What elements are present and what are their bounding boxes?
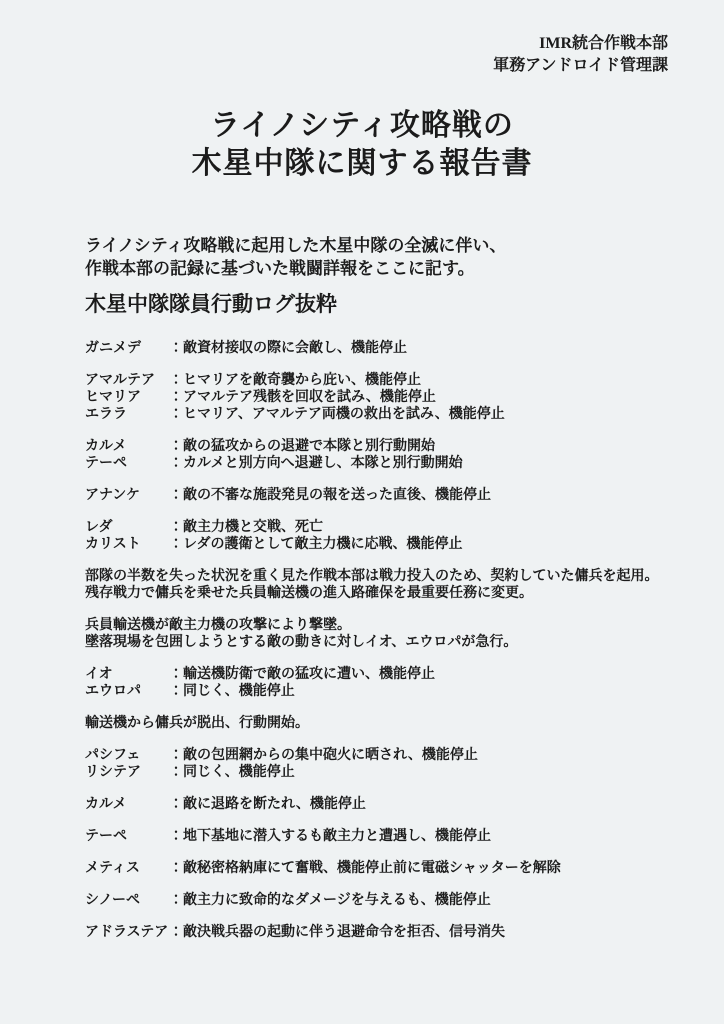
narrative-paragraph: 兵員輸送機が敵主力機の攻撃により撃墜。 墜落現場を包囲しようとする敵の動きに対し… [85,617,675,651]
narrative-paragraph: 部隊の半数を失った状況を重く見た作戦本部は戦力投入のため、契約していた傭兵を起用… [85,568,675,602]
unit-name: イオ [85,666,169,683]
log-group: メティス：敵秘密格納庫にて奮戦、機能停止前に電磁シャッターを解除 [85,860,675,877]
log-entry: レダ：敵主力機と交戦、死亡 [85,519,675,536]
page-title-line1: ライノシティ攻略戦の [0,107,724,145]
page-title: ライノシティ攻略戦の 木星中隊に関する報告書 [0,107,724,183]
narrative-paragraph: 輸送機から傭兵が脱出、行動開始。 [85,715,675,732]
log-entry: アナンケ：敵の不審な施設発見の報を送った直後、機能停止 [85,487,675,504]
unit-status: ：カルメと別方向へ退避し、本隊と別行動開始 [169,455,463,472]
unit-name: リシテア [85,764,169,781]
log-entry: カリスト：レダの護衛として敵主力機に応戦、機能停止 [85,536,675,553]
log-entry: イオ：輸送機防衛で敵の猛攻に遭い、機能停止 [85,666,675,683]
log-group: テーペ：地下基地に潜入するも敵主力と遭遇し、機能停止 [85,828,675,845]
log-entry: ヒマリア：アマルテア残骸を回収を試み、機能停止 [85,389,675,406]
log-entry: テーペ：地下基地に潜入するも敵主力と遭遇し、機能停止 [85,828,675,845]
log-entry: アドラステア：敵決戦兵器の起動に伴う退避命令を拒否、信号消失 [85,924,675,941]
paragraph-line: 部隊の半数を失った状況を重く見た作戦本部は戦力投入のため、契約していた傭兵を起用… [85,568,675,585]
log-entry: パシフェ：敵の包囲網からの集中砲火に晒され、機能停止 [85,747,675,764]
paragraph-line: 兵員輸送機が敵主力機の攻撃により撃墜。 [85,617,675,634]
paragraph-line: 墜落現場を包囲しようとする敵の動きに対しイオ、エウロパが急行。 [85,634,675,651]
unit-status: ：敵主力機と交戦、死亡 [169,519,323,536]
unit-status: ：地下基地に潜入するも敵主力と遭遇し、機能停止 [169,828,491,845]
unit-status: ：敵の不審な施設発見の報を送った直後、機能停止 [169,487,491,504]
unit-name: シノーペ [85,892,169,909]
unit-name: アドラステア [85,924,169,941]
paragraph-line: 残存戦力で傭兵を乗せた兵員輸送機の進入路確保を最重要任務に変更。 [85,585,675,602]
log-content: ガニメデ：敵資材接収の際に会敵し、機能停止 アマルテア：ヒマリアを敵奇襲から庇い… [85,340,675,941]
unit-name: ガニメデ [85,340,169,357]
log-group: イオ：輸送機防衛で敵の猛攻に遭い、機能停止 エウロパ：同じく、機能停止 [85,666,675,700]
unit-status: ：敵の包囲網からの集中砲火に晒され、機能停止 [169,747,478,764]
section-heading: 木星中隊隊員行動ログ抜粋 [85,290,337,318]
page-title-line2: 木星中隊に関する報告書 [0,145,724,183]
org-name: IMR統合作戦本部 [493,33,668,55]
intro-paragraph: ライノシティ攻略戦に起用した木星中隊の全滅に伴い、 作戦本部の記録に基づいた戦闘… [85,234,506,280]
log-entry: メティス：敵秘密格納庫にて奮戦、機能停止前に電磁シャッターを解除 [85,860,675,877]
log-group: レダ：敵主力機と交戦、死亡 カリスト：レダの護衛として敵主力機に応戦、機能停止 [85,519,675,553]
log-group: シノーペ：敵主力に致命的なダメージを与えるも、機能停止 [85,892,675,909]
unit-name: ヒマリア [85,389,169,406]
log-group: アドラステア：敵決戦兵器の起動に伴う退避命令を拒否、信号消失 [85,924,675,941]
log-group: アナンケ：敵の不審な施設発見の報を送った直後、機能停止 [85,487,675,504]
intro-line2: 作戦本部の記録に基づいた戦闘詳報をここに記す。 [85,257,506,280]
log-group: カルメ：敵に退路を断たれ、機能停止 [85,796,675,813]
intro-line1: ライノシティ攻略戦に起用した木星中隊の全滅に伴い、 [85,234,506,257]
log-entry: アマルテア：ヒマリアを敵奇襲から庇い、機能停止 [85,372,675,389]
log-entry: カルメ：敵の猛攻からの退避で本隊と別行動開始 [85,438,675,455]
unit-name: エウロパ [85,683,169,700]
unit-name: アナンケ [85,487,169,504]
unit-status: ：ヒマリアを敵奇襲から庇い、機能停止 [169,372,421,389]
unit-status: ：レダの護衛として敵主力機に応戦、機能停止 [169,536,462,553]
unit-name: レダ [85,519,169,536]
unit-name: テーペ [85,828,169,845]
unit-status: ：アマルテア残骸を回収を試み、機能停止 [169,389,436,406]
unit-status: ：敵資材接収の際に会敵し、機能停止 [169,340,407,357]
unit-name: テーペ [85,455,169,472]
log-entry: ガニメデ：敵資材接収の際に会敵し、機能停止 [85,340,675,357]
unit-name: アマルテア [85,372,169,389]
unit-status: ：ヒマリア、アマルテア両機の救出を試み、機能停止 [169,406,505,423]
unit-status: ：敵決戦兵器の起動に伴う退避命令を拒否、信号消失 [169,924,505,941]
log-entry: テーペ：カルメと別方向へ退避し、本隊と別行動開始 [85,455,675,472]
report-page: IMR統合作戦本部 軍務アンドロイド管理課 ライノシティ攻略戦の 木星中隊に関す… [0,0,724,1024]
unit-status: ：敵秘密格納庫にて奮戦、機能停止前に電磁シャッターを解除 [169,860,561,877]
unit-name: カルメ [85,796,169,813]
unit-status: ：敵主力に致命的なダメージを与えるも、機能停止 [169,892,491,909]
org-header: IMR統合作戦本部 軍務アンドロイド管理課 [493,33,668,77]
log-entry: リシテア：同じく、機能停止 [85,764,675,781]
unit-status: ：敵の猛攻からの退避で本隊と別行動開始 [169,438,435,455]
log-group: カルメ：敵の猛攻からの退避で本隊と別行動開始 テーペ：カルメと別方向へ退避し、本… [85,438,675,472]
log-entry: カルメ：敵に退路を断たれ、機能停止 [85,796,675,813]
log-group: ガニメデ：敵資材接収の際に会敵し、機能停止 [85,340,675,357]
log-group: パシフェ：敵の包囲網からの集中砲火に晒され、機能停止 リシテア：同じく、機能停止 [85,747,675,781]
unit-status: ：同じく、機能停止 [169,764,295,781]
unit-status: ：輸送機防衛で敵の猛攻に遭い、機能停止 [169,666,435,683]
log-entry: エララ：ヒマリア、アマルテア両機の救出を試み、機能停止 [85,406,675,423]
paragraph-line: 輸送機から傭兵が脱出、行動開始。 [85,715,675,732]
unit-status: ：同じく、機能停止 [169,683,295,700]
unit-status: ：敵に退路を断たれ、機能停止 [169,796,366,813]
log-entry: エウロパ：同じく、機能停止 [85,683,675,700]
unit-name: エララ [85,406,169,423]
unit-name: パシフェ [85,747,169,764]
unit-name: メティス [85,860,169,877]
log-entry: シノーペ：敵主力に致命的なダメージを与えるも、機能停止 [85,892,675,909]
unit-name: カルメ [85,438,169,455]
unit-name: カリスト [85,536,169,553]
org-department: 軍務アンドロイド管理課 [493,55,668,77]
log-group: アマルテア：ヒマリアを敵奇襲から庇い、機能停止 ヒマリア：アマルテア残骸を回収を… [85,372,675,423]
